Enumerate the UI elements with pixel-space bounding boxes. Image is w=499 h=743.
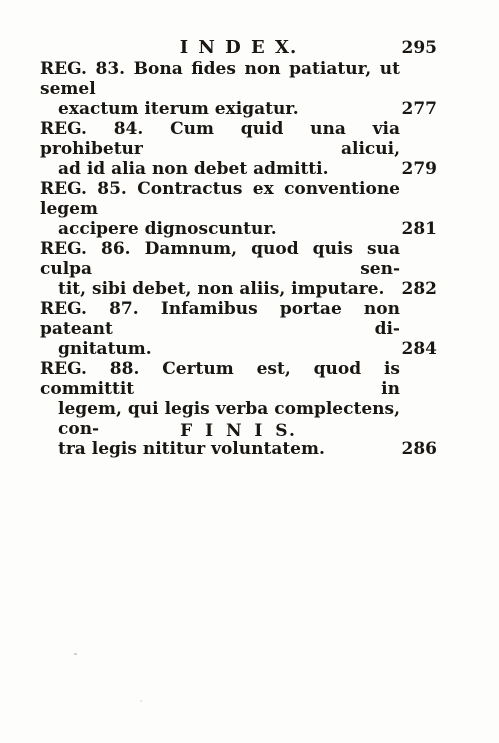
entry-line: REG. 88. Certum est, quod is committit i… [40,359,400,399]
index-entry-reg-87: REG. 87. Infamibus portae non pateant di… [40,299,437,359]
index-entry-reg-86: REG. 86. Damnum, quod quis sua culpa sen… [40,239,437,299]
index-entry-list: REG. 83. Bona fides non patiatur, ut sem… [40,59,437,459]
entry-line: REG. 86. Damnum, quod quis sua culpa sen… [40,239,400,279]
entry-line-text: tit, sibi debet, non aliis, imputare. [58,279,384,299]
entry-page-number: 284 [402,339,438,359]
entry-page-number: 282 [402,279,438,299]
entry-line: exactum iterum exigatur. 277 [40,99,437,119]
finis-label: F I N I S. [40,421,437,441]
text-block: I N D E X. 295 REG. 83. Bona fides non p… [40,37,437,459]
entry-line: REG. 85. Contractus ex conventione legem [40,179,400,219]
entry-line-text: ad id alia non debet admitti. [58,159,329,179]
index-entry-reg-85: REG. 85. Contractus ex conventione legem… [40,179,437,239]
entry-line: REG. 83. Bona fides non patiatur, ut sem… [40,59,400,99]
entry-line-text: gnitatum. [58,339,152,359]
entry-line: accipere dignoscuntur. 281 [40,219,437,239]
entry-line-text: accipere dignoscuntur. [58,219,277,239]
entry-line: ad id alia non debet admitti. 279 [40,159,437,179]
index-title: I N D E X. [180,37,298,58]
scanned-book-page: I N D E X. 295 REG. 83. Bona fides non p… [0,0,499,743]
scan-speck [74,653,77,655]
index-entry-reg-84: REG. 84. Cum quid una via prohibetur ali… [40,119,437,179]
entry-page-number: 286 [402,439,438,459]
entry-page-number: 279 [402,159,438,179]
scan-speck [140,700,142,702]
header-page-number: 295 [402,37,438,59]
entry-line-text: exactum iterum exigatur. [58,99,299,119]
entry-line: gnitatum. 284 [40,339,437,359]
entry-line: tra legis nititur voluntatem. 286 [40,439,437,459]
entry-page-number: 281 [402,219,438,239]
entry-line: tit, sibi debet, non aliis, imputare. 28… [40,279,437,299]
entry-page-number: 277 [402,99,438,119]
index-entry-reg-88: REG. 88. Certum est, quod is committit i… [40,359,437,459]
index-entry-reg-83: REG. 83. Bona fides non patiatur, ut sem… [40,59,437,119]
entry-line: REG. 84. Cum quid una via prohibetur ali… [40,119,400,159]
entry-line-text: tra legis nititur voluntatem. [58,439,325,459]
entry-line: REG. 87. Infamibus portae non pateant di… [40,299,400,339]
page-header: I N D E X. 295 [40,37,437,59]
